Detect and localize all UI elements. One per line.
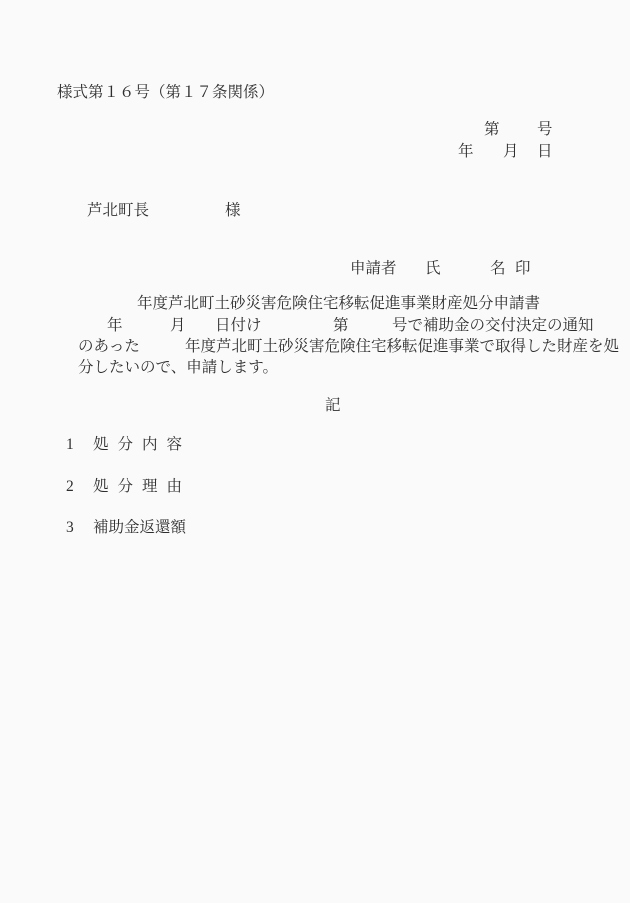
item-1-number: 1 xyxy=(66,436,74,454)
item-2-label: 処分理由 xyxy=(93,478,191,496)
document-number-prefix: 第 xyxy=(484,121,500,139)
document-title: 年度芦北町土砂災害危険住宅移転促進事業財産処分申請書 xyxy=(137,295,540,313)
document-number-suffix: 号 xyxy=(537,121,553,139)
item-2-number: 2 xyxy=(66,478,74,496)
applicant-name-last-label: 名 xyxy=(490,260,506,278)
body-day-label: 日付け xyxy=(215,317,262,335)
date-year-label: 年 xyxy=(458,143,474,161)
form-number: 様式第１６号（第１７条関係） xyxy=(57,84,274,102)
applicant-name-first-label: 氏 xyxy=(425,260,441,278)
body-line-2-tail: 年度芦北町土砂災害危険住宅移転促進事業で取得した財産を処 xyxy=(185,338,619,356)
addressee-name: 芦北町長 xyxy=(87,202,149,220)
body-month-label: 月 xyxy=(170,317,186,335)
item-3-number: 3 xyxy=(66,519,74,537)
applicant-seal-label: 印 xyxy=(515,260,531,278)
applicant-label: 申請者 xyxy=(350,260,397,278)
body-line-2-head: のあった xyxy=(78,338,140,356)
item-3-label: 補助金返還額 xyxy=(93,519,186,537)
addressee-honorific: 様 xyxy=(225,202,241,220)
document-page: 様式第１６号（第１７条関係） 第 号 年 月 日 芦北町長 様 申請者 氏 名 … xyxy=(0,0,630,903)
body-line-3-text: 分したいので、申請します。 xyxy=(78,359,278,377)
item-1-label: 処分内容 xyxy=(93,436,191,454)
body-line-1-tail: 号で補助金の交付決定の通知 xyxy=(392,317,594,335)
date-month-label: 月 xyxy=(503,143,519,161)
date-day-label: 日 xyxy=(537,143,553,161)
ki-heading: 記 xyxy=(325,397,341,415)
body-number-prefix: 第 xyxy=(333,317,349,335)
body-year-label: 年 xyxy=(107,317,123,335)
list-item-3: 3 補助金返還額 xyxy=(0,519,630,590)
